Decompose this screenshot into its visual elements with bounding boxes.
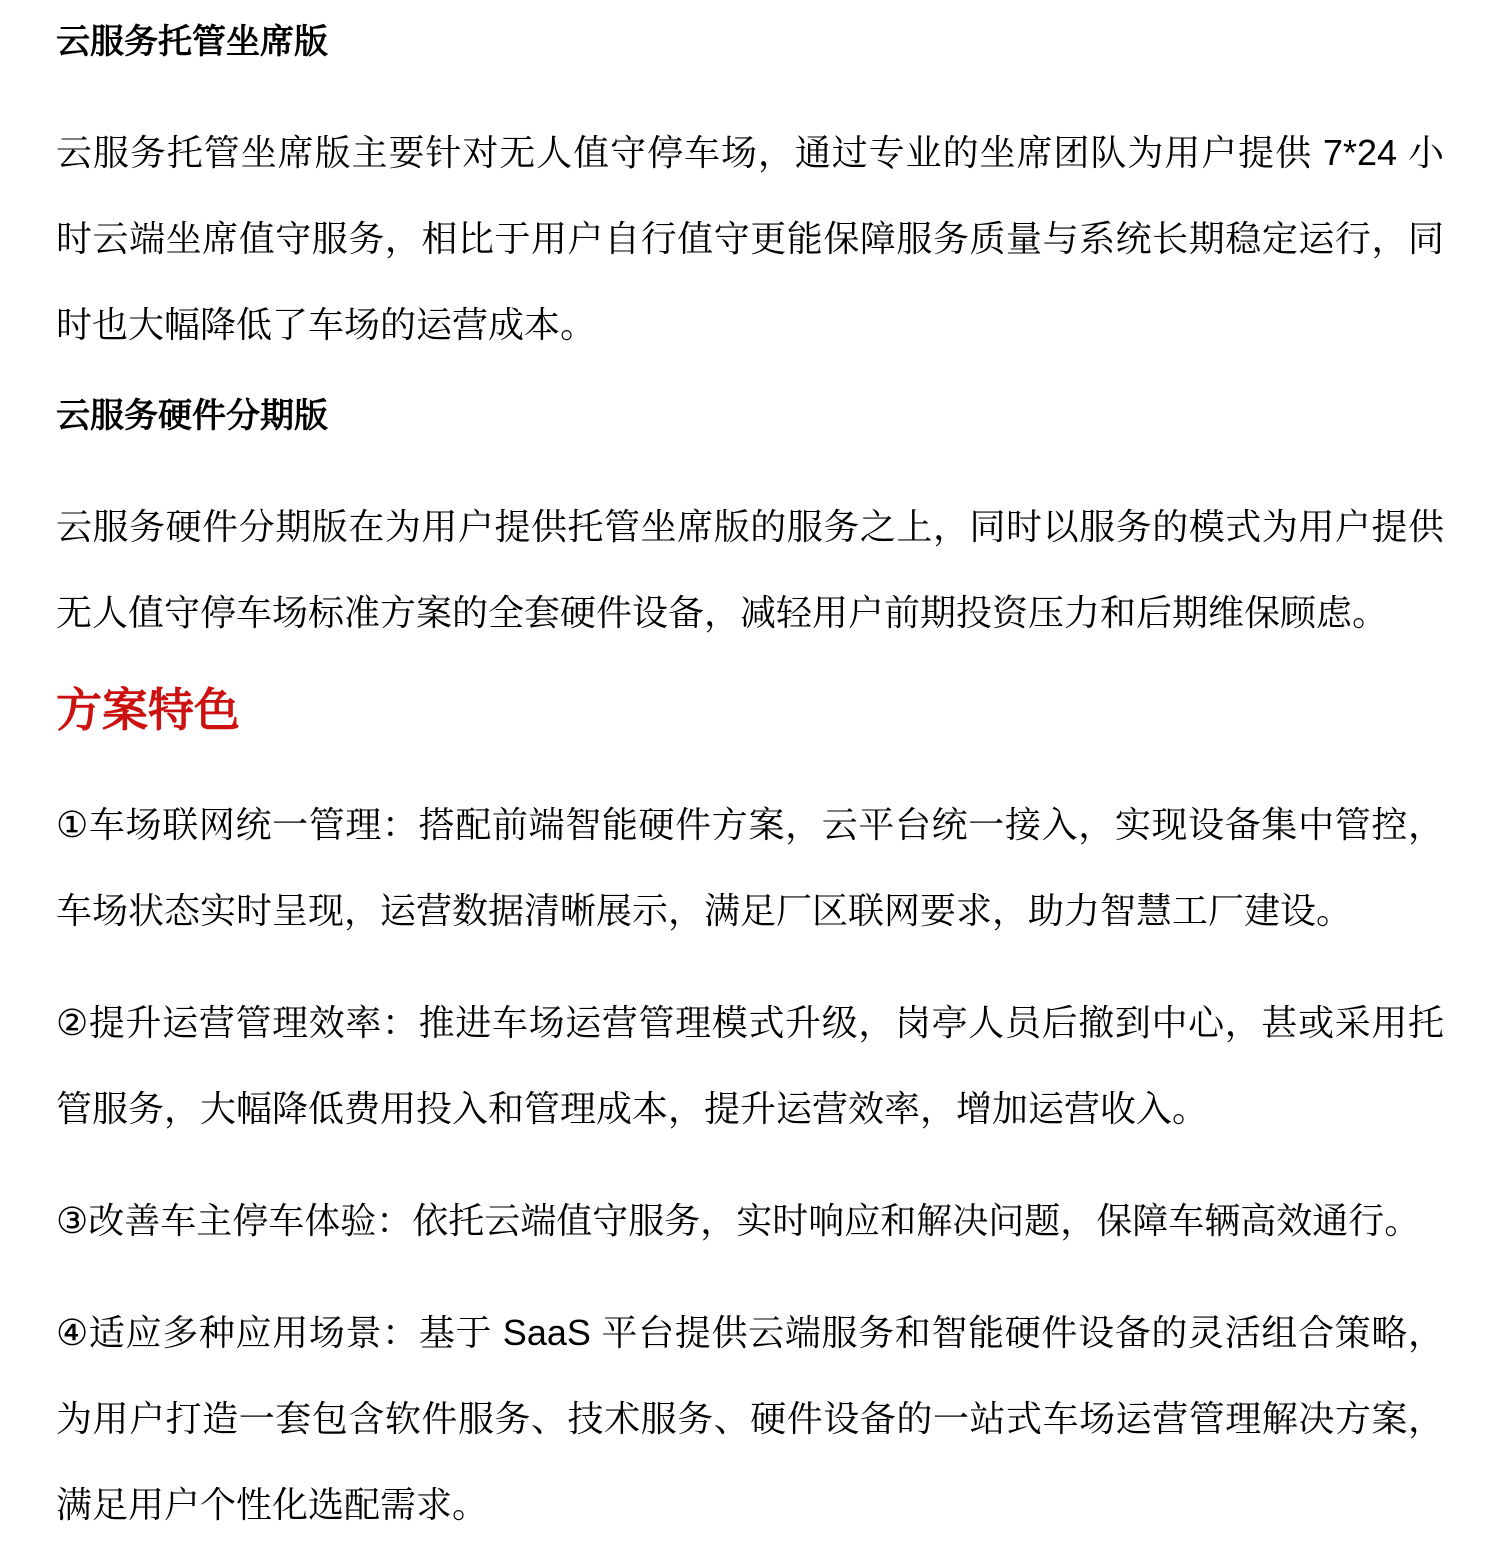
feature-item-4-application-scenarios: ④适应多种应用场景：基于 SaaS 平台提供云端服务和智能硬件设备的灵活组合策略… [56, 1290, 1444, 1548]
section-body-hardware-installment: 云服务硬件分期版在为用户提供托管坐席版的服务之上，同时以服务的模式为用户提供无人… [56, 484, 1444, 656]
section-heading-hardware-installment: 云服务硬件分期版 [56, 394, 1444, 438]
section-body-hosted-agent: 云服务托管坐席版主要针对无人值守停车场，通过专业的坐席团队为用户提供 7*24 … [56, 110, 1444, 368]
feature-item-2-operation-efficiency: ②提升运营管理效率：推进车场运营管理模式升级，岗亭人员后撤到中心，甚或采用托管服… [56, 980, 1444, 1152]
features-heading: 方案特色 [56, 682, 1444, 738]
section-heading-hosted-agent: 云服务托管坐席版 [56, 20, 1444, 64]
feature-item-1-network-management: ①车场联网统一管理：搭配前端智能硬件方案，云平台统一接入，实现设备集中管控，车场… [56, 782, 1444, 954]
feature-item-3-parking-experience: ③改善车主停车体验：依托云端值守服务，实时响应和解决问题，保障车辆高效通行。 [56, 1178, 1444, 1264]
document-page: 云服务托管坐席版 云服务托管坐席版主要针对无人值守停车场，通过专业的坐席团队为用… [0, 0, 1500, 1548]
